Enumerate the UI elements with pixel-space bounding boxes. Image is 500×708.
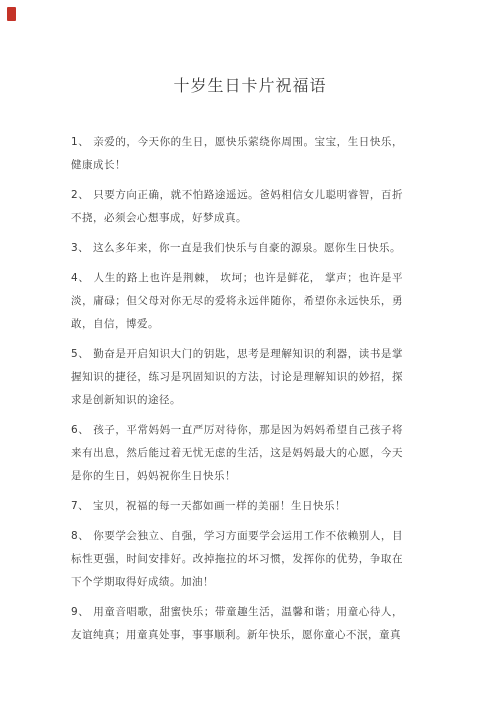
paragraph-6: 6、 孩子，平常妈妈一直严厉对待你，那是因为妈妈希望自己孩子将来有出息，然后能过… [71, 419, 403, 488]
page-title: 十岁生日卡片祝福语 [0, 0, 500, 96]
paragraph-4: 4、 人生的路上也许是荆棘， 坎坷；也许是鲜花， 掌声；也许是平淡，庸碌；但父母… [71, 267, 403, 336]
document-page: 十岁生日卡片祝福语 1、 亲爱的，今天你的生日，愿快乐萦绕你周围。宝宝，生日快乐… [0, 0, 500, 708]
paragraph-2: 2、 只要方向正确，就不怕路途遥远。爸妈相信女儿聪明睿智，百折不挠，必须会心想事… [71, 184, 403, 230]
document-body: 1、 亲爱的，今天你的生日，愿快乐萦绕你周围。宝宝，生日快乐，健康成长！ 2、 … [71, 131, 403, 647]
paragraph-8: 8、 你要学会独立、自强，学习方面要学会运用工作不依赖别人，目标性更强，时间安排… [71, 525, 403, 594]
paragraph-5: 5、 勤奋是开启知识大门的钥匙，思考是理解知识的利器，读书是掌握知识的捷径，练习… [71, 343, 403, 412]
paragraph-1: 1、 亲爱的，今天你的生日，愿快乐萦绕你周围。宝宝，生日快乐，健康成长！ [71, 131, 403, 177]
paragraph-3: 3、 这么多年来，你一直是我们快乐与自豪的源泉。愿你生日快乐。 [71, 237, 403, 260]
paragraph-7: 7、 宝贝，祝福的每一天都如画一样的美丽！生日快乐！ [71, 495, 403, 518]
paragraph-9: 9、 用童音唱歌，甜蜜快乐；带童趣生活，温馨和谐；用童心待人，友谊纯真；用童真处… [71, 601, 403, 647]
corner-red-mark [7, 7, 16, 21]
